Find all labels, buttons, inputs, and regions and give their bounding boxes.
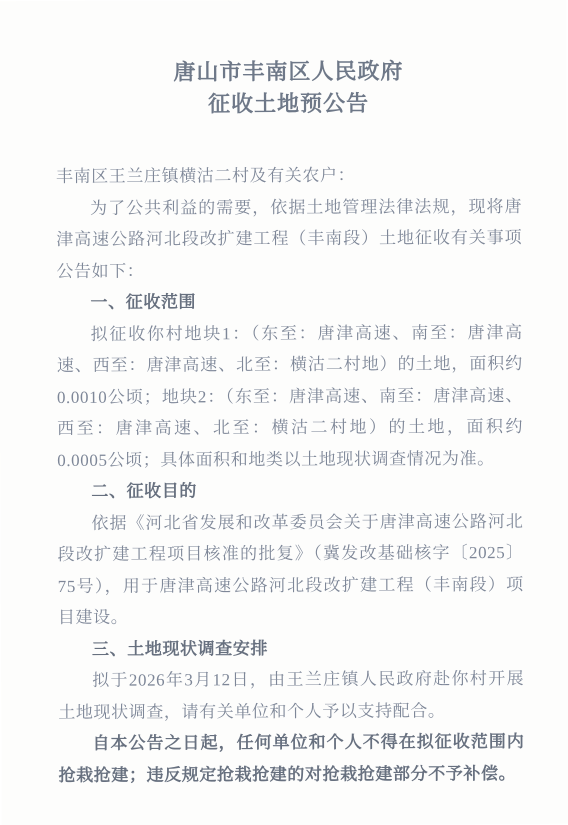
section-2-paragraph: 依据《河北省发展和改革委员会关于唐津高速公路河北段改扩建工程项目核准的批复》（冀…	[57, 505, 524, 633]
document-title: 唐山市丰南区人民政府 征收土地预公告	[55, 55, 521, 121]
warning-paragraph: 自本公告之日起，任何单位和个人不得在拟征收范围内抢栽抢建；违反规定抢栽抢建的对抢…	[58, 726, 524, 791]
section-3-heading: 三、土地现状调查安排	[58, 631, 524, 665]
section-2-heading: 二、征收目的	[57, 474, 523, 508]
title-line-1: 唐山市丰南区人民政府	[173, 58, 403, 84]
document-page: 唐山市丰南区人民政府 征收土地预公告 丰南区王兰庄镇横沽二村及有关农户： 为了公…	[0, 0, 568, 825]
salutation-line: 丰南区王兰庄镇横沽二村及有关农户：	[56, 159, 522, 193]
section-1-heading: 一、征收范围	[56, 285, 522, 319]
title-line-2: 征收土地预公告	[208, 91, 369, 117]
section-1-paragraph: 拟征收你村地块1：（东至：唐津高速、南至：唐津高速、西至：唐津高速、北至：横沽二…	[57, 316, 524, 476]
document-body: 丰南区王兰庄镇横沽二村及有关农户： 为了公共利益的需要，依据土地管理法律法规，现…	[56, 159, 525, 791]
section-3-paragraph: 拟于2026年3月12日，由王兰庄镇人民政府赴你村开展土地现状调查，请有关单位和…	[58, 663, 524, 728]
intro-paragraph: 为了公共利益的需要，依据土地管理法律法规，现将唐津高速公路河北段改扩建工程（丰南…	[56, 190, 522, 287]
